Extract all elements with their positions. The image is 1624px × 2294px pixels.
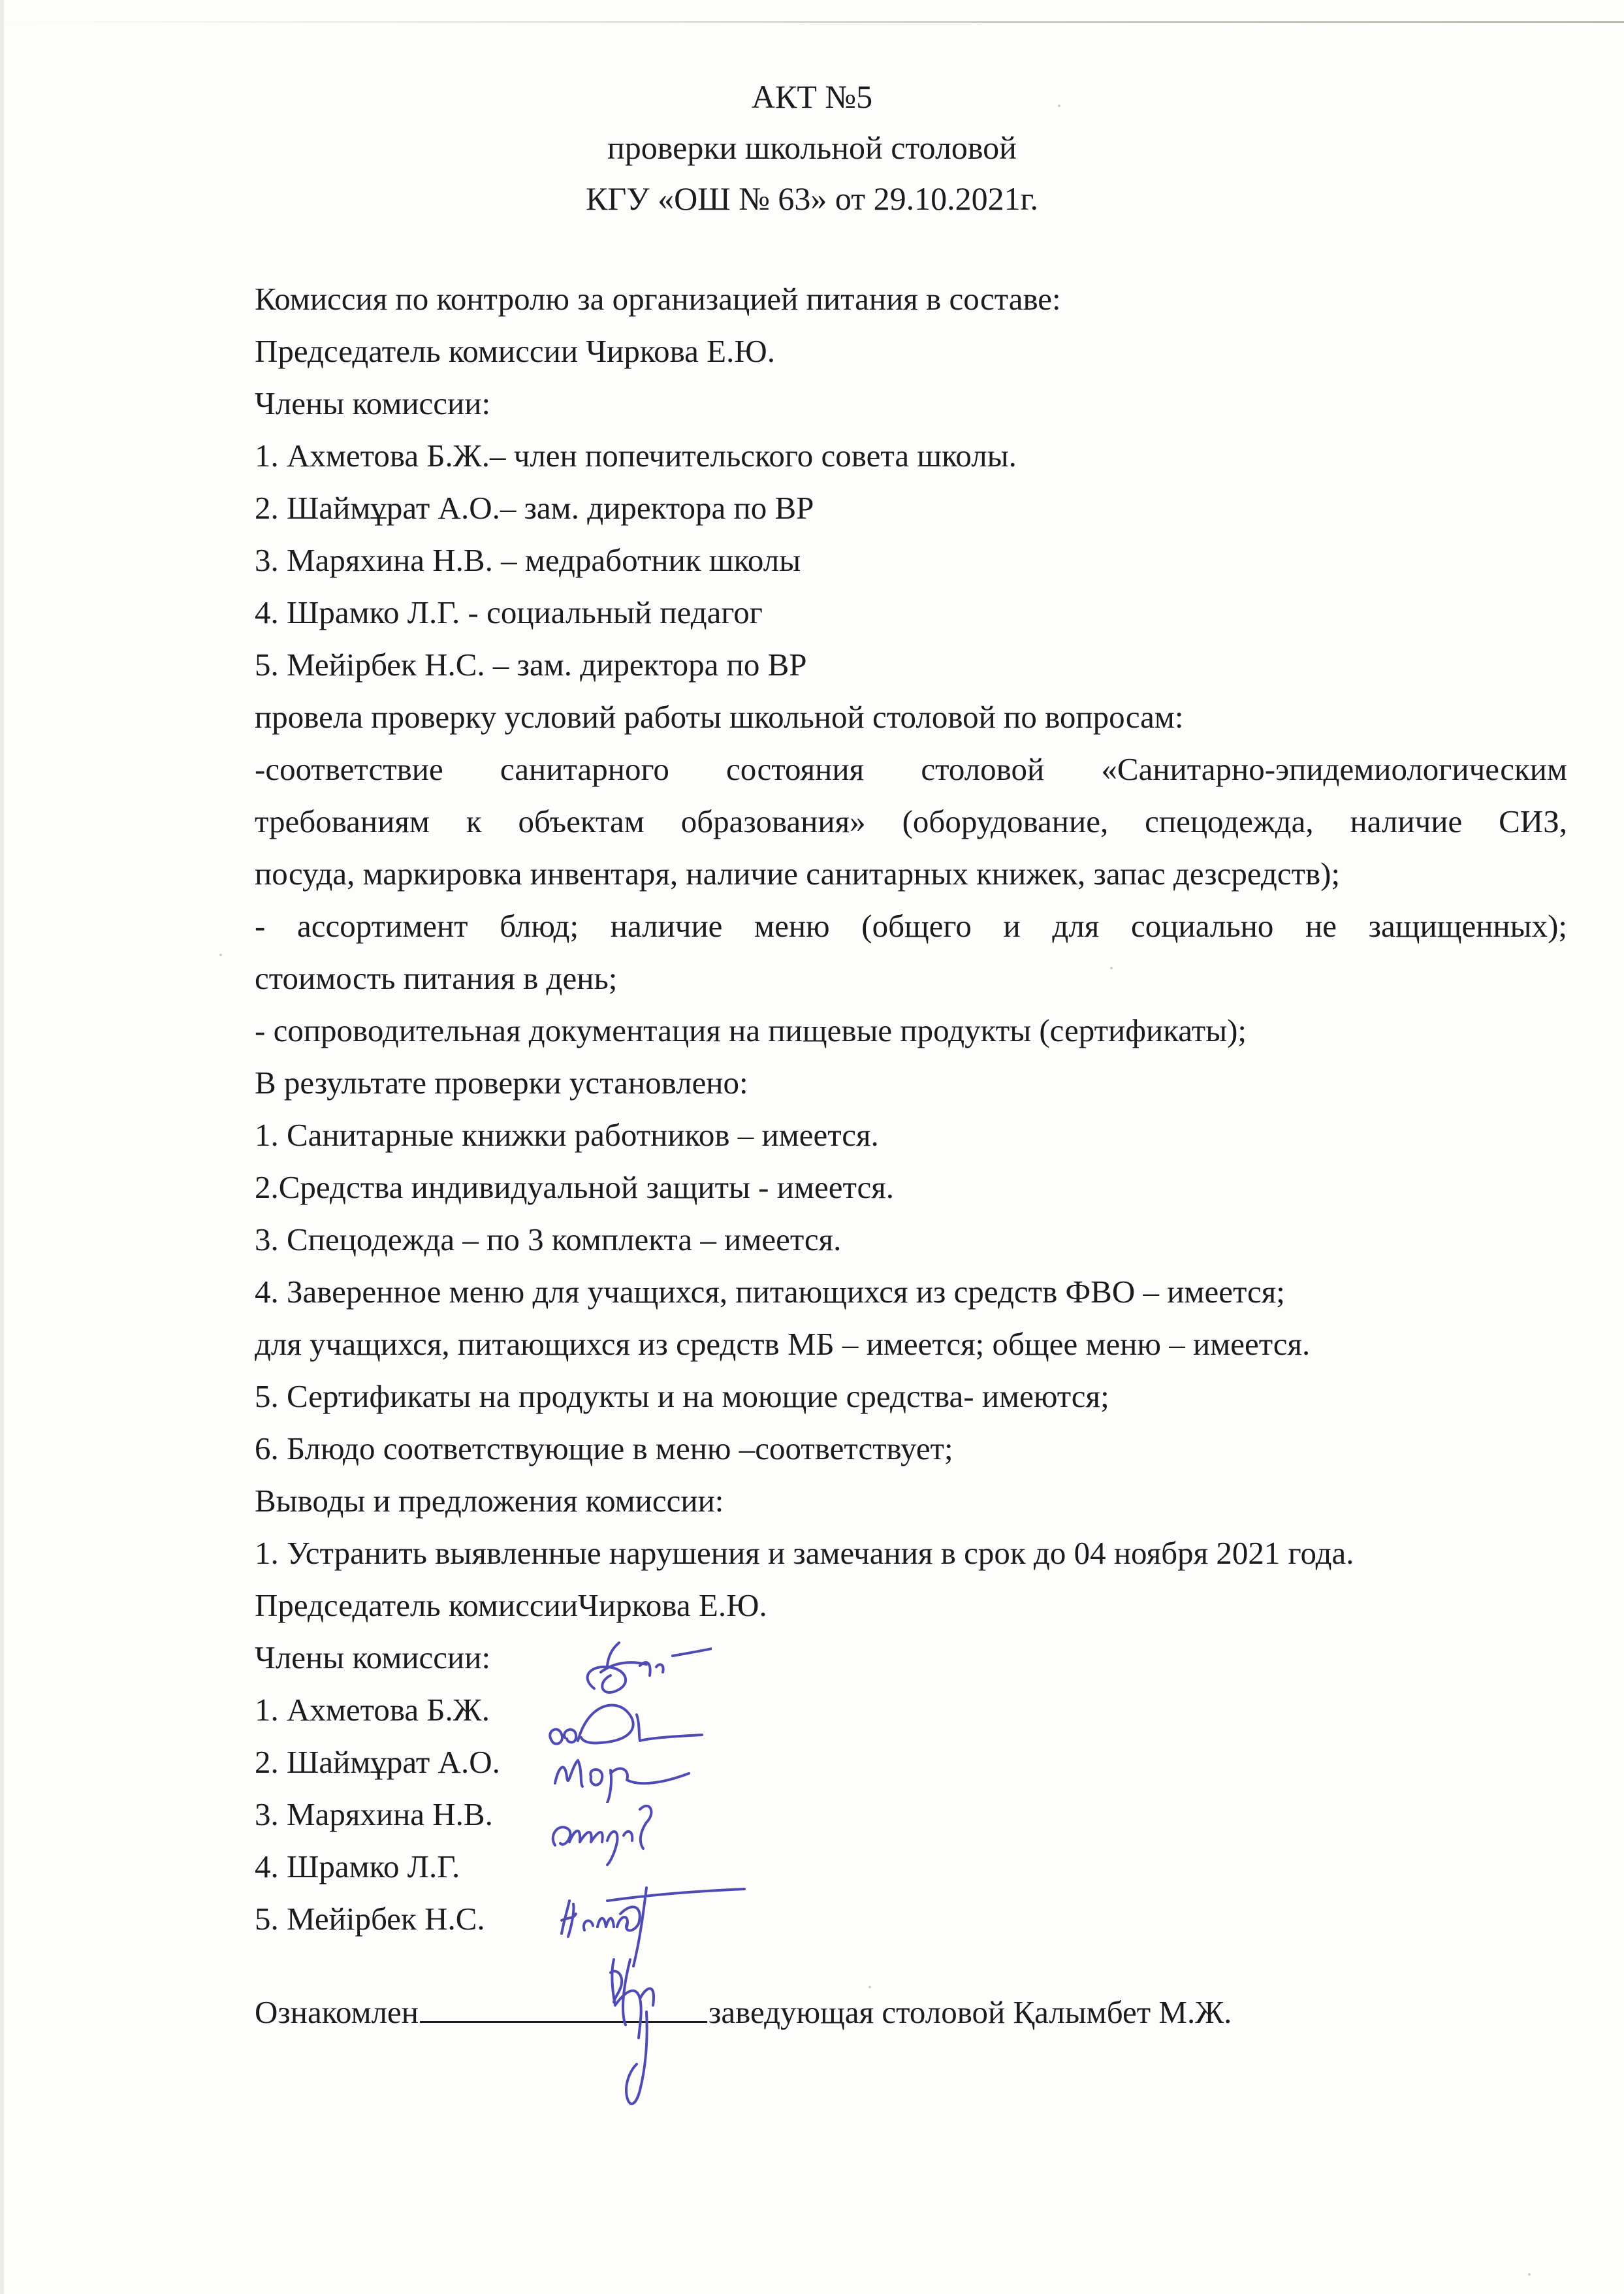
document-title: АКТ №5: [0, 77, 1624, 116]
inspection-item: - сопроводительная документация на пищев…: [255, 1011, 1247, 1050]
signature-meyirbek-icon: [549, 1829, 757, 2103]
inspection-item: посуда, маркировка инвентаря, наличие са…: [255, 854, 1340, 894]
result-item: для учащихся, питающихся из средств МБ –…: [255, 1325, 1310, 1364]
signature-akhmetova-icon: [568, 1626, 712, 1705]
commission-member: 1. Ахметова Б.Ж.– член попечительского с…: [255, 436, 1017, 476]
acknowledged-by: заведующая столовой Қалымбет М.Ж.: [709, 1994, 1232, 2030]
commission-intro: Комиссия по контролю за организацией пит…: [255, 280, 1061, 319]
commission-member: 5. Мейірбек Н.С. – зам. директора по ВР: [255, 645, 807, 685]
inspection-item: стоимость питания в день;: [255, 959, 617, 998]
signature-shramko-icon: [542, 1783, 692, 1868]
signature-member-name: 1. Ахметова Б.Ж.: [255, 1690, 490, 1730]
signature-maryakhina-icon: [542, 1731, 699, 1803]
scan-speck: [1110, 967, 1113, 969]
scan-speck: [1058, 105, 1060, 107]
signature-member-name: 3. Маряхина Н.В.: [255, 1795, 493, 1834]
commission-members-label: Члены комиссии:: [255, 384, 490, 423]
scan-speck: [868, 1986, 871, 1988]
commission-member: 4. Шрамко Л.Г. - социальный педагог: [255, 593, 763, 632]
result-item: 1. Санитарные книжки работников – имеетс…: [255, 1116, 879, 1155]
conclusion-item: 1. Устранить выявленные нарушения и заме…: [255, 1534, 1354, 1573]
document-subtitle: проверки школьной столовой: [0, 128, 1624, 167]
signature-member-name: 4. Шрамко Л.Г.: [255, 1847, 460, 1886]
signature-blank-line: [420, 1992, 707, 2023]
commission-chair: Председатель комиссии Чиркова Е.Ю.: [255, 332, 775, 371]
signature-chair: Председатель комиссииЧиркова Е.Ю.: [255, 1586, 767, 1625]
scan-edge-left: [0, 0, 4, 2294]
result-item: 2.Средства индивидуальной защиты - имеет…: [255, 1168, 894, 1207]
result-item: 4. Заверенное меню для учащихся, питающи…: [255, 1272, 1285, 1312]
inspection-item: требованиям к объектам образования» (обо…: [255, 802, 1567, 841]
results-label: В результате проверки установлено:: [255, 1063, 748, 1103]
signature-members-label: Члены комиссии:: [255, 1638, 490, 1677]
inspection-intro: провела проверку условий работы школьной…: [255, 698, 1184, 737]
document-org-date: КГУ «ОШ № 63» от 29.10.2021г.: [0, 179, 1624, 218]
acknowledged-label: Ознакомлен: [255, 1994, 419, 2030]
signature-shaimurat-icon: [542, 1679, 705, 1757]
commission-member: 3. Маряхина Н.В. – медработник школы: [255, 541, 801, 580]
acknowledgement-line: Ознакомлензаведующая столовой Қалымбет М…: [255, 1992, 1232, 2032]
scan-speck: [219, 954, 222, 956]
signature-member-name: 2. Шаймұрат А.О.: [255, 1743, 500, 1782]
scan-edge-top: [0, 21, 1624, 23]
signature-member-name: 5. Мейірбек Н.С.: [255, 1899, 485, 1939]
inspection-item: - ассортимент блюд; наличие меню (общего…: [255, 907, 1567, 946]
conclusions-label: Выводы и предложения комиссии:: [255, 1481, 724, 1521]
inspection-item: -соответствие санитарного состояния стол…: [255, 750, 1567, 789]
scan-speck: [1528, 2273, 1531, 2276]
result-item: 6. Блюдо соответствующие в меню –соответ…: [255, 1429, 953, 1468]
commission-member: 2. Шаймұрат А.О.– зам. директора по ВР: [255, 489, 814, 528]
result-item: 3. Спецодежда – по 3 комплекта – имеется…: [255, 1220, 841, 1259]
result-item: 5. Сертификаты на продукты и на моющие с…: [255, 1377, 1109, 1416]
